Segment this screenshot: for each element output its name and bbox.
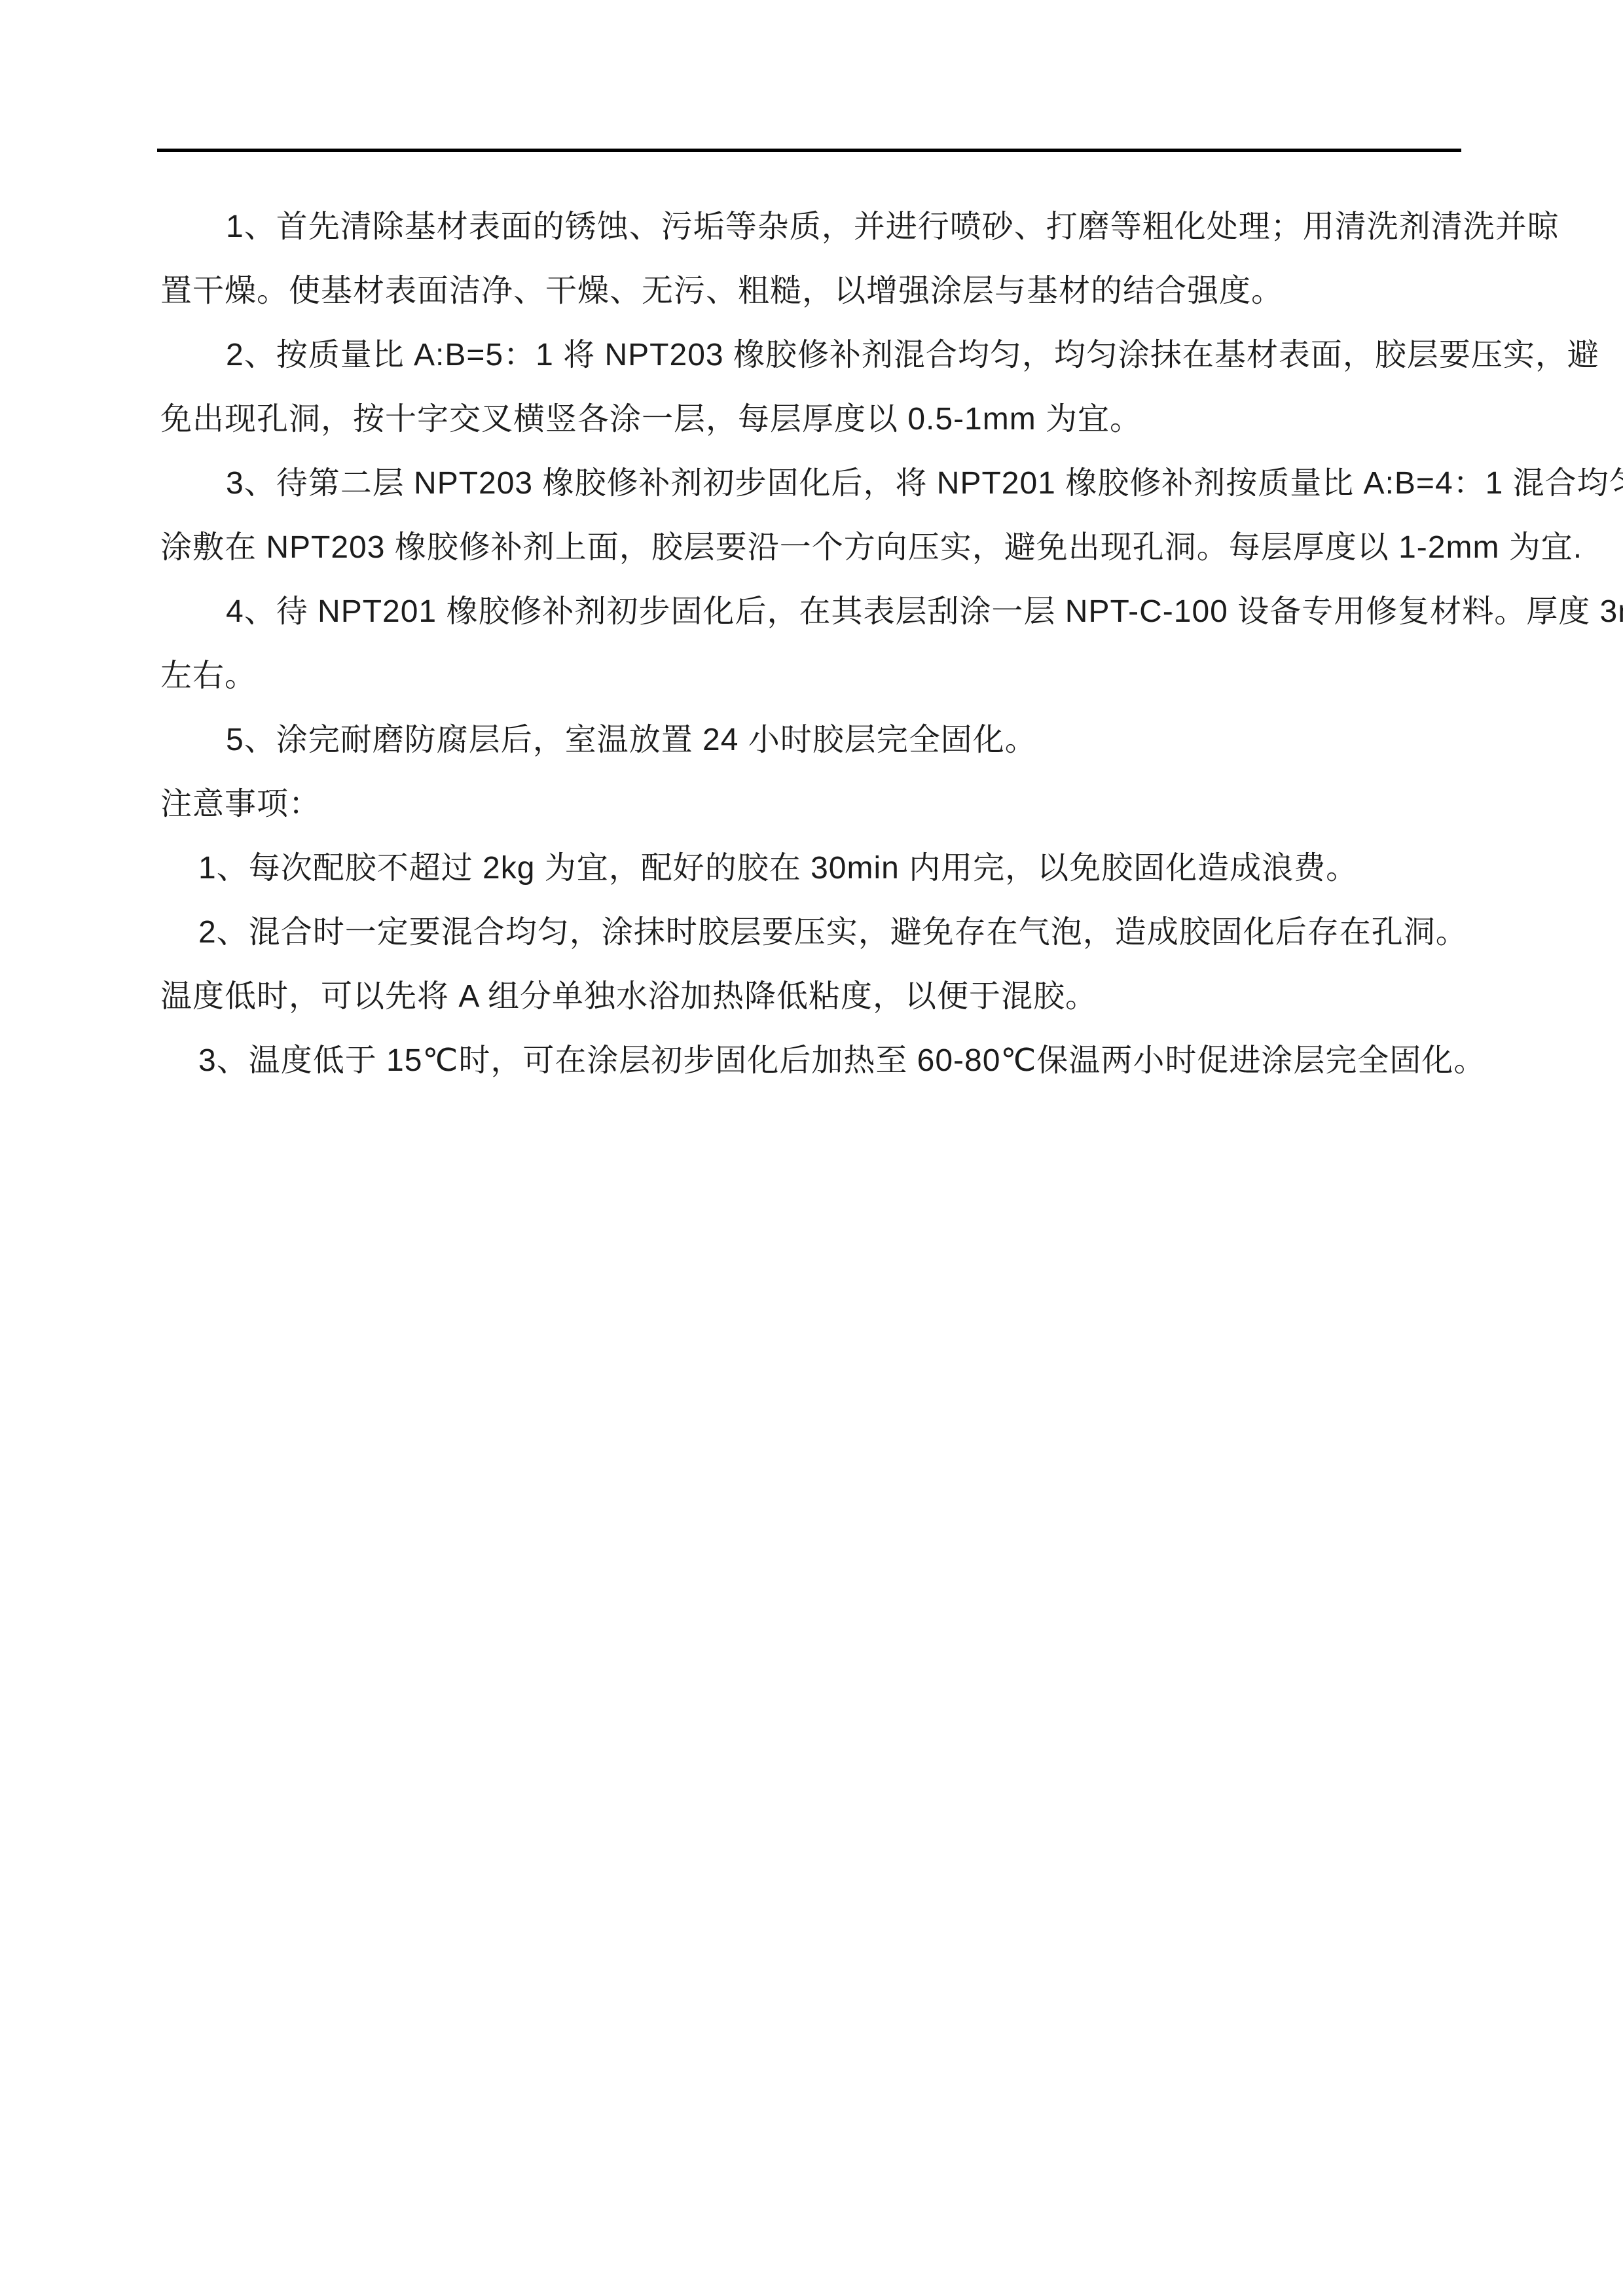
step-1-line-1: 1、首先清除基材表面的锈蚀、污垢等杂质，并进行喷砂、打磨等粗化处理；用清洗剂清洗…: [160, 195, 1476, 259]
instructions-section: 1、首先清除基材表面的锈蚀、污垢等杂质，并进行喷砂、打磨等粗化处理；用清洗剂清洗…: [160, 195, 1476, 772]
document-page: 1、首先清除基材表面的锈蚀、污垢等杂质，并进行喷砂、打磨等粗化处理；用清洗剂清洗…: [0, 0, 1623, 2296]
document-body: 1、首先清除基材表面的锈蚀、污垢等杂质，并进行喷砂、打磨等粗化处理；用清洗剂清洗…: [160, 195, 1476, 1093]
step-4-line-1: 4、待 NPT201 橡胶修补剂初步固化后，在其表层刮涂一层 NPT-C-100…: [160, 580, 1476, 644]
note-1-line: 1、每次配胶不超过 2kg 为宜，配好的胶在 30min 内用完，以免胶固化造成…: [160, 836, 1476, 901]
step-5-line: 5、涂完耐磨防腐层后，室温放置 24 小时胶层完全固化。: [160, 708, 1476, 772]
step-4-line-2: 左右。: [160, 644, 1476, 708]
note-3-line: 3、温度低于 15℃时，可在涂层初步固化后加热至 60-80℃保温两小时促进涂层…: [160, 1029, 1476, 1093]
step-1-line-2: 置干燥。使基材表面洁净、干燥、无污、粗糙，以增强涂层与基材的结合强度。: [160, 259, 1476, 323]
step-2-line-2: 免出现孔洞，按十字交叉横竖各涂一层，每层厚度以 0.5-1mm 为宜。: [160, 387, 1476, 452]
header-rule: [157, 149, 1461, 152]
note-2-line-2: 温度低时，可以先将 A 组分单独水浴加热降低粘度，以便于混胶。: [160, 965, 1476, 1029]
notes-section: 注意事项： 1、每次配胶不超过 2kg 为宜，配好的胶在 30min 内用完，以…: [160, 772, 1476, 1093]
notes-title: 注意事项：: [160, 772, 1476, 836]
step-3-line-2: 涂敷在 NPT203 橡胶修补剂上面，胶层要沿一个方向压实，避免出现孔洞。每层厚…: [160, 516, 1476, 580]
step-2-line-1: 2、按质量比 A:B=5：1 将 NPT203 橡胶修补剂混合均匀，均匀涂抹在基…: [160, 323, 1476, 387]
note-2-line-1: 2、混合时一定要混合均匀，涂抹时胶层要压实，避免存在气泡，造成胶固化后存在孔洞。: [160, 901, 1476, 965]
step-3-line-1: 3、待第二层 NPT203 橡胶修补剂初步固化后，将 NPT201 橡胶修补剂按…: [160, 452, 1476, 516]
